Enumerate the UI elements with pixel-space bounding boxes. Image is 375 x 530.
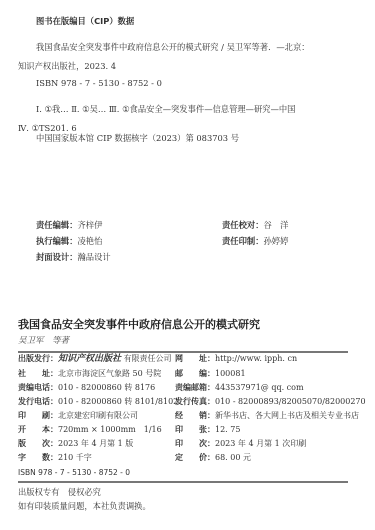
info-value: 68. 00 元 <box>215 453 251 462</box>
info-label: 发行电话： <box>18 398 58 406</box>
editor-label: 责任编辑： <box>36 221 78 229</box>
info-distribution-fax: 发行传真：010 - 82000893/82005070/82000270 <box>175 398 366 406</box>
info-value: 北京建宏印刷有限公司 <box>58 411 138 420</box>
cip-title-line1: 我国食品安全突发事件中政府信息公开的模式研究 / 吴卫军等著．—北京： <box>36 43 310 51</box>
editor-value: 孙婷婷 <box>264 236 289 246</box>
info-value: 010 - 82000893/82005070/82000270 <box>215 397 366 406</box>
info-printing: 印 次：2023 年 4 月第 1 次印刷 <box>175 440 306 448</box>
info-postcode: 邮 编：100081 <box>175 370 246 378</box>
editor-responsible: 责任编辑：齐梓伊 <box>36 221 102 229</box>
info-isbn: ISBN 978 - 7 - 5130 - 8752 - 0 <box>18 469 130 477</box>
editor-value: 凌艳怡 <box>78 236 103 246</box>
cip-classification-line2: Ⅳ. ①TS201. 6 <box>18 124 77 132</box>
cip-number: 中国国家版本馆 CIP 数据核字（2023）第 083703 号 <box>36 134 239 142</box>
info-website: 网 址：http://www. ipph. cn <box>175 355 297 363</box>
info-value: http://www. ipph. cn <box>215 354 297 363</box>
divider-top <box>18 351 348 353</box>
info-value: 2023 年 4 月第 1 版 <box>58 439 133 448</box>
editor-value: 齐梓伊 <box>78 220 103 230</box>
info-value: 有限责任公司 <box>124 354 172 363</box>
info-value: 新华书店、各大网上书店及相关专业书店 <box>215 411 359 420</box>
info-printed-sheets: 印 张：12. 75 <box>175 426 240 434</box>
info-label: 社 址： <box>18 370 58 378</box>
info-label: 发行传真： <box>175 398 215 406</box>
info-label: 责编电话： <box>18 384 58 392</box>
cip-heading: 图书在版编目（CIP）数据 <box>36 17 134 25</box>
publisher-logo: 知识产权出版社 <box>58 354 121 364</box>
editor-label: 责任印制： <box>222 237 264 245</box>
info-value: 443537971@ qq. com <box>215 383 304 392</box>
editor-label: 封面设计： <box>36 253 78 261</box>
info-price: 定 价：68. 00 元 <box>175 454 251 462</box>
info-label: 开 本： <box>18 426 58 434</box>
info-address: 社 址：北京市海淀区气象路 50 号院 <box>18 370 161 378</box>
cip-isbn: ISBN 978 - 7 - 5130 - 8752 - 0 <box>36 79 162 87</box>
info-label: 印 次： <box>175 440 215 448</box>
info-value: 210 千字 <box>58 453 92 462</box>
editor-printing: 责任印制：孙婷婷 <box>222 237 288 245</box>
info-editor-email: 责编邮箱：443537971@ qq. com <box>175 384 304 392</box>
info-label: 网 址： <box>175 355 215 363</box>
quality-notice: 如有印装质量问题，本社负责调换。 <box>18 502 151 510</box>
info-edition: 版 次：2023 年 4 月第 1 版 <box>18 440 133 448</box>
editor-label: 责任校对： <box>222 221 264 229</box>
info-label: 责编邮箱： <box>175 384 215 392</box>
info-label: 出版发行： <box>18 355 58 363</box>
info-value: 010 - 82000860 转 8176 <box>58 383 155 392</box>
info-label: 字 数： <box>18 454 58 462</box>
info-label: 邮 编： <box>175 370 215 378</box>
book-authors: 吴卫军 等著 <box>18 337 69 346</box>
info-value: 北京市海淀区气象路 50 号院 <box>58 369 161 378</box>
editor-cover-design: 封面设计：瀚品设计 <box>36 253 111 261</box>
copyright-notice: 出版权专有 侵权必究 <box>18 488 101 496</box>
info-retailer: 经 销：新华书店、各大网上书店及相关专业书店 <box>175 412 359 420</box>
info-format: 开 本：720mm × 1000mm 1/16 <box>18 426 162 434</box>
info-label: 印 张： <box>175 426 215 434</box>
editor-executive: 执行编辑：凌艳怡 <box>36 237 102 245</box>
info-editor-phone: 责编电话：010 - 82000860 转 8176 <box>18 384 155 392</box>
info-word-count: 字 数：210 千字 <box>18 454 92 462</box>
info-publisher: 出版发行：知识产权出版社 有限责任公司 <box>18 355 172 364</box>
info-value: 100081 <box>215 369 246 378</box>
info-label: 印 刷： <box>18 412 58 420</box>
info-value: 12. 75 <box>215 425 240 434</box>
info-distribution-phone: 发行电话：010 - 82000860 转 8101/8102 <box>18 398 178 406</box>
info-value: 010 - 82000860 转 8101/8102 <box>58 397 178 406</box>
info-label: 版 次： <box>18 440 58 448</box>
book-title: 我国食品安全突发事件中政府信息公开的模式研究 <box>18 319 260 330</box>
editor-value: 谷 洋 <box>264 220 289 230</box>
divider-bottom <box>18 481 348 483</box>
info-printer: 印 刷：北京建宏印刷有限公司 <box>18 412 138 420</box>
info-value: 2023 年 4 月第 1 次印刷 <box>215 439 306 448</box>
info-label: 定 价： <box>175 454 215 462</box>
editor-proofreader: 责任校对：谷 洋 <box>222 221 288 229</box>
info-label: 经 销： <box>175 412 215 420</box>
info-value: 720mm × 1000mm 1/16 <box>58 425 162 434</box>
editor-value: 瀚品设计 <box>78 252 111 262</box>
cip-title-line2: 知识产权出版社，2023. 4 <box>18 62 116 70</box>
editor-label: 执行编辑： <box>36 237 78 245</box>
cip-classification-line1: Ⅰ. ①我… Ⅱ. ①吴… Ⅲ. ①食品安全—突发事件—信息管理—研究—中国 <box>36 105 295 113</box>
